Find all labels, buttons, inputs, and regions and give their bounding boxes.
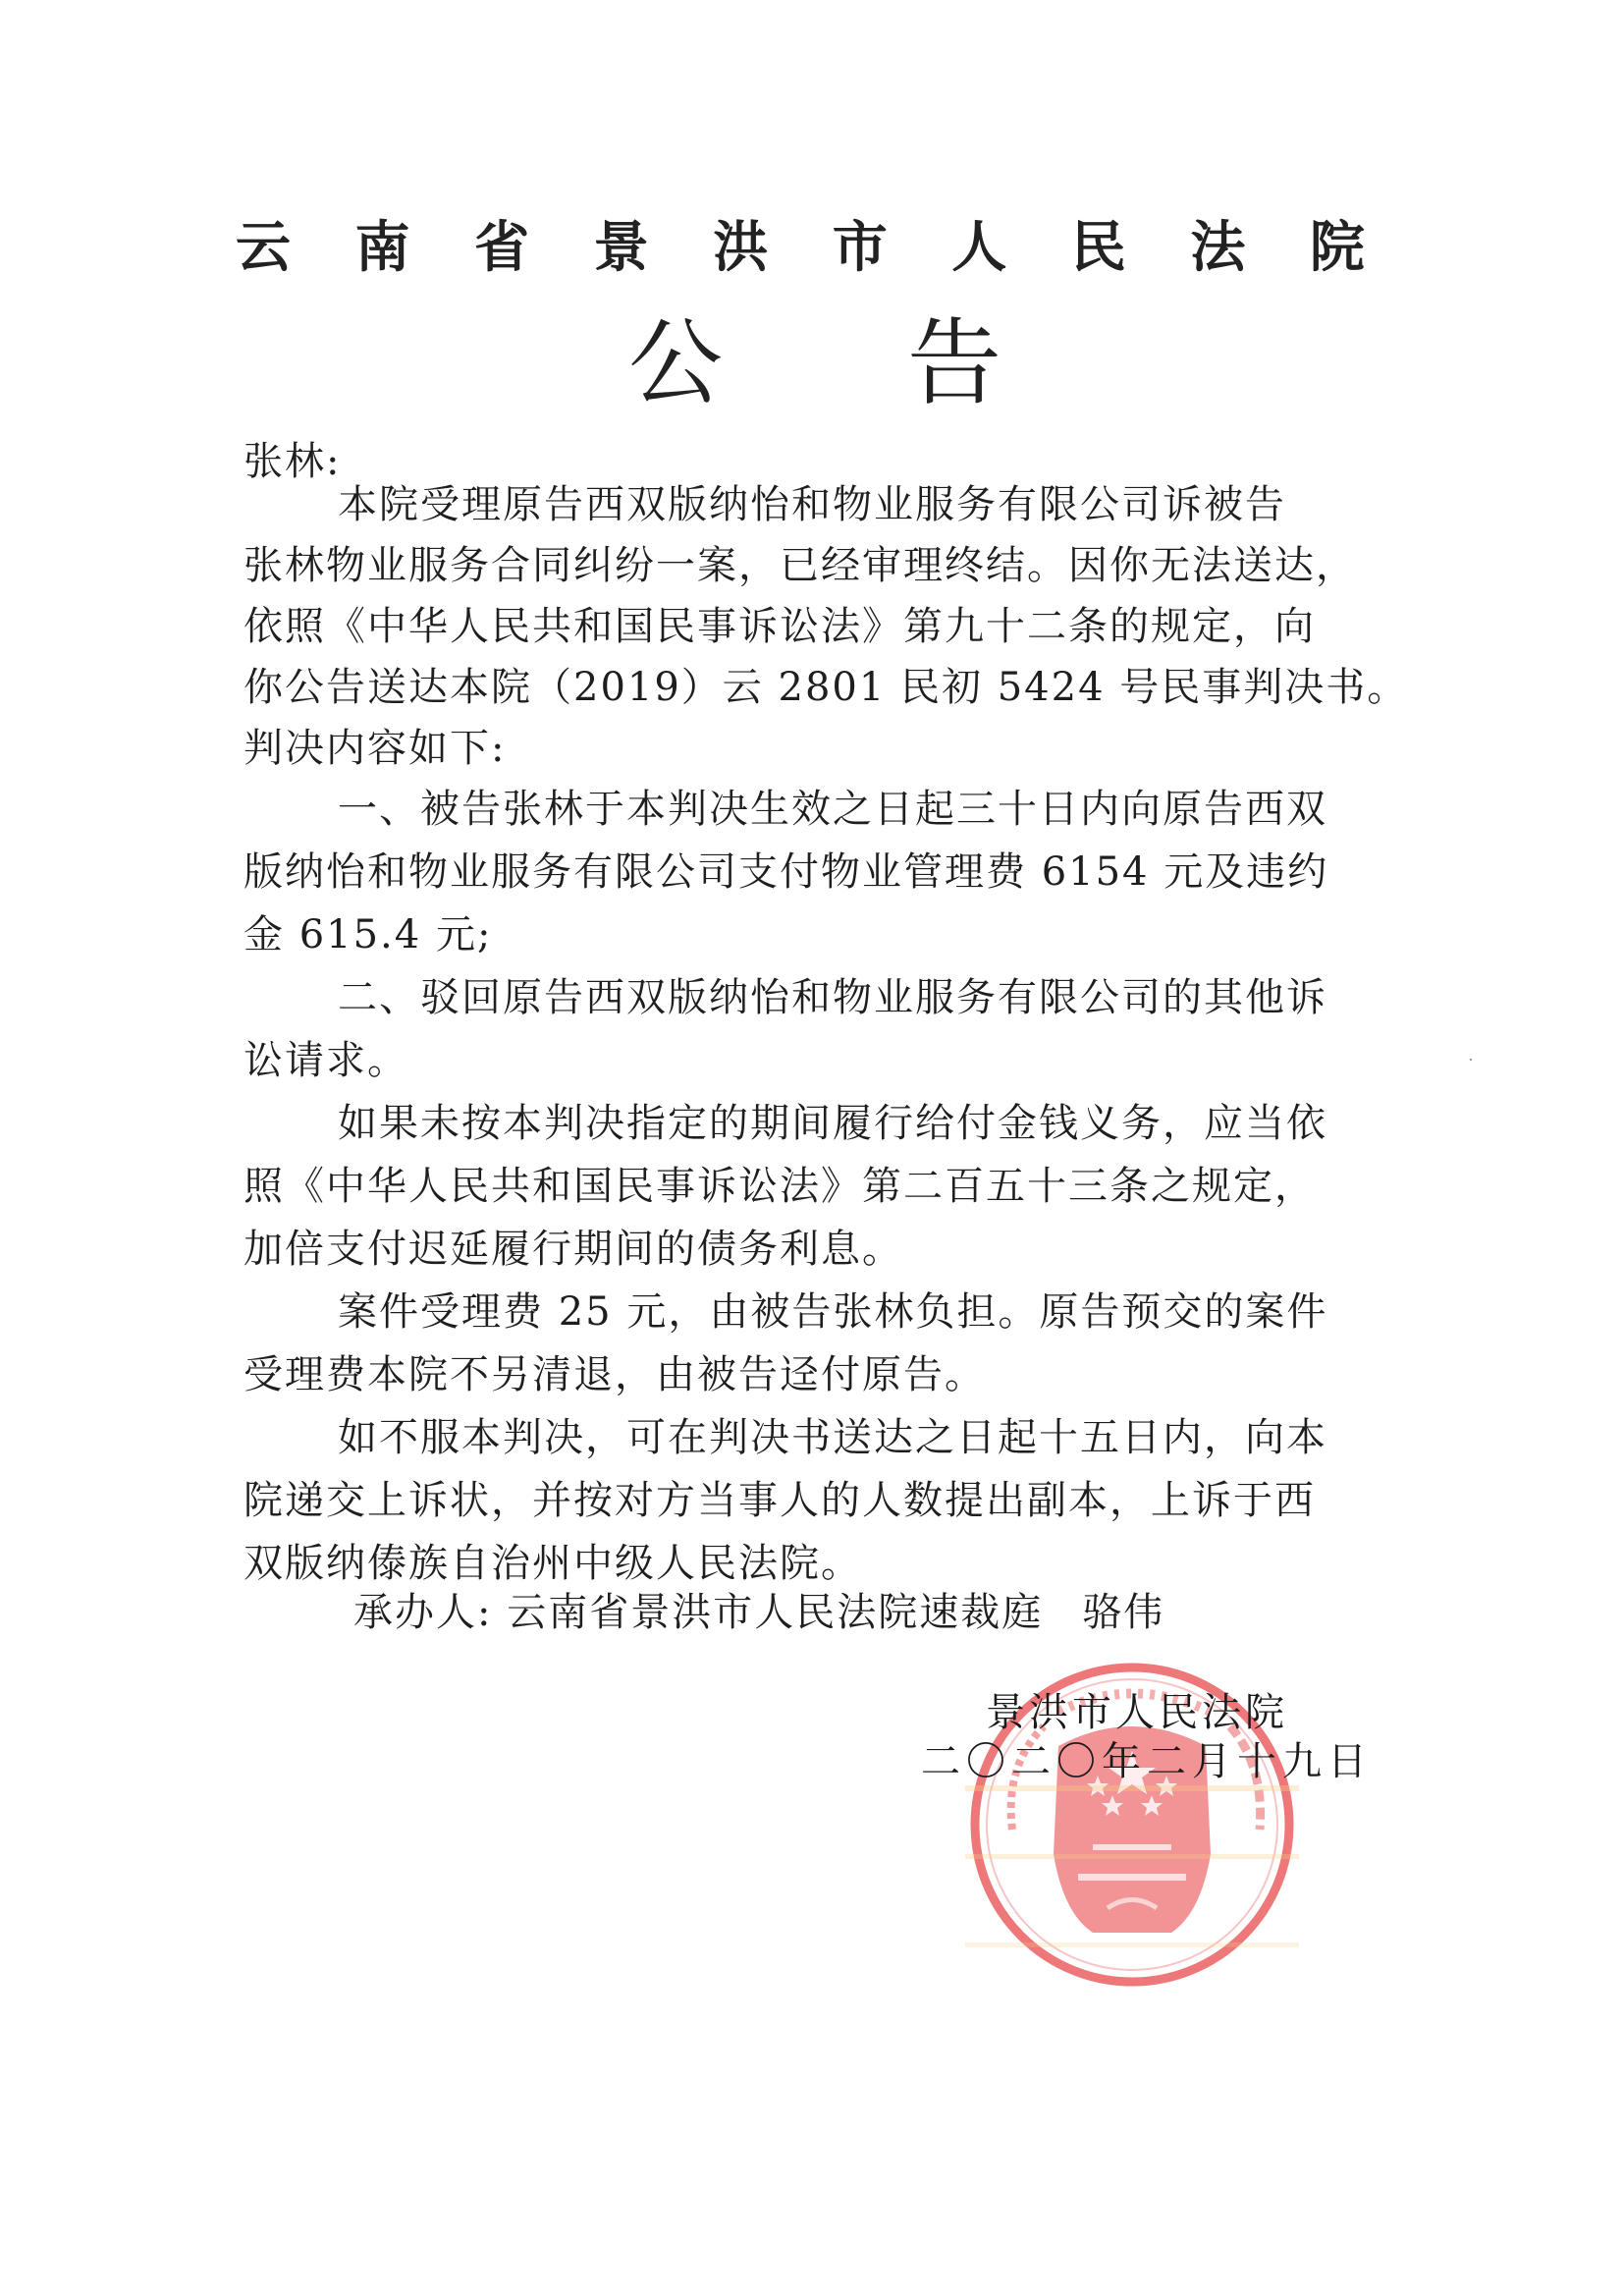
- scan-speck: [1470, 1059, 1472, 1061]
- court-title-char: 云: [236, 214, 291, 283]
- appeal-line: 如不服本判决，可在判决书送达之日起十五日内，向本: [243, 1414, 1327, 1461]
- handler-name: 骆伟: [1082, 1590, 1164, 1635]
- court-title: 云 南 省 景 洪 市 人 民 法 院: [236, 214, 1365, 283]
- court-title-char: 法: [1190, 214, 1245, 283]
- body-line: 照《中华人民共和国民事诉讼法》第二百五十三条之规定，: [243, 1163, 1316, 1210]
- body-line: 版纳怡和物业服务有限公司支付物业管理费 6154 元及违约: [243, 848, 1328, 896]
- body-line: 加倍支付迟延履行期间的债务利息。: [243, 1226, 903, 1273]
- court-title-char: 市: [833, 214, 888, 283]
- notice-title-char: 告: [907, 309, 1001, 417]
- notice-page: 云 南 省 景 洪 市 人 民 法 院 公 告 张林: 本院受理原告西双版纳怡和…: [0, 0, 1623, 2296]
- judgment-item-1: 一、被告张林于本判决生效之日起三十日内向原告西双: [243, 786, 1327, 833]
- body-line: 受理费本院不另清退，由被告迳付原告。: [243, 1351, 986, 1398]
- court-title-char: 南: [355, 214, 410, 283]
- signing-date: 二〇二〇年二月十九日: [921, 1730, 1373, 1786]
- body-line: 依照《中华人民共和国民事诉讼法》第九十二条的规定，向: [243, 603, 1316, 650]
- court-title-char: 民: [1071, 214, 1126, 283]
- notice-title: 公 告: [628, 309, 1001, 417]
- court-title-char: 省: [474, 214, 529, 283]
- signing-court: 景洪市人民法院: [986, 1681, 1288, 1737]
- court-title-char: 人: [951, 214, 1006, 283]
- notice-title-char: 公: [628, 309, 723, 417]
- body-line: 讼请求。: [243, 1037, 408, 1084]
- body-line: 本院受理原告西双版纳怡和物业服务有限公司诉被告: [243, 481, 1286, 528]
- body-line: 你公告送达本院（2019）云 2801 民初 5424 号民事判决书。: [243, 664, 1408, 711]
- body-line: 张林物业服务合同纠纷一案，已经审理终结。因你无法送达，: [243, 542, 1357, 589]
- body-line: 院递交上诉状，并按对方当事人的人数提出副本，上诉于西: [243, 1477, 1316, 1524]
- court-title-char: 院: [1310, 214, 1365, 283]
- court-title-char: 洪: [713, 214, 768, 283]
- handler-line: 承办人: 云南省景洪市人民法院速裁庭骆伟: [353, 1581, 1164, 1637]
- body-line: 金 615.4 元;: [243, 911, 492, 958]
- fee-line: 案件受理费 25 元，由被告张林负担。原告预交的案件: [243, 1288, 1327, 1336]
- handler-label: 承办人: 云南省景洪市人民法院速裁庭: [353, 1590, 1043, 1635]
- judgment-item-2: 二、驳回原告西双版纳怡和物业服务有限公司的其他诉: [243, 974, 1327, 1021]
- body-line: 判决内容如下:: [243, 725, 506, 772]
- addressee: 张林:: [243, 438, 341, 485]
- body-line: 双版纳傣族自治州中级人民法院。: [243, 1540, 862, 1587]
- body-line: 如果未按本判决指定的期间履行给付金钱义务，应当依: [243, 1100, 1327, 1147]
- court-title-char: 景: [594, 214, 649, 283]
